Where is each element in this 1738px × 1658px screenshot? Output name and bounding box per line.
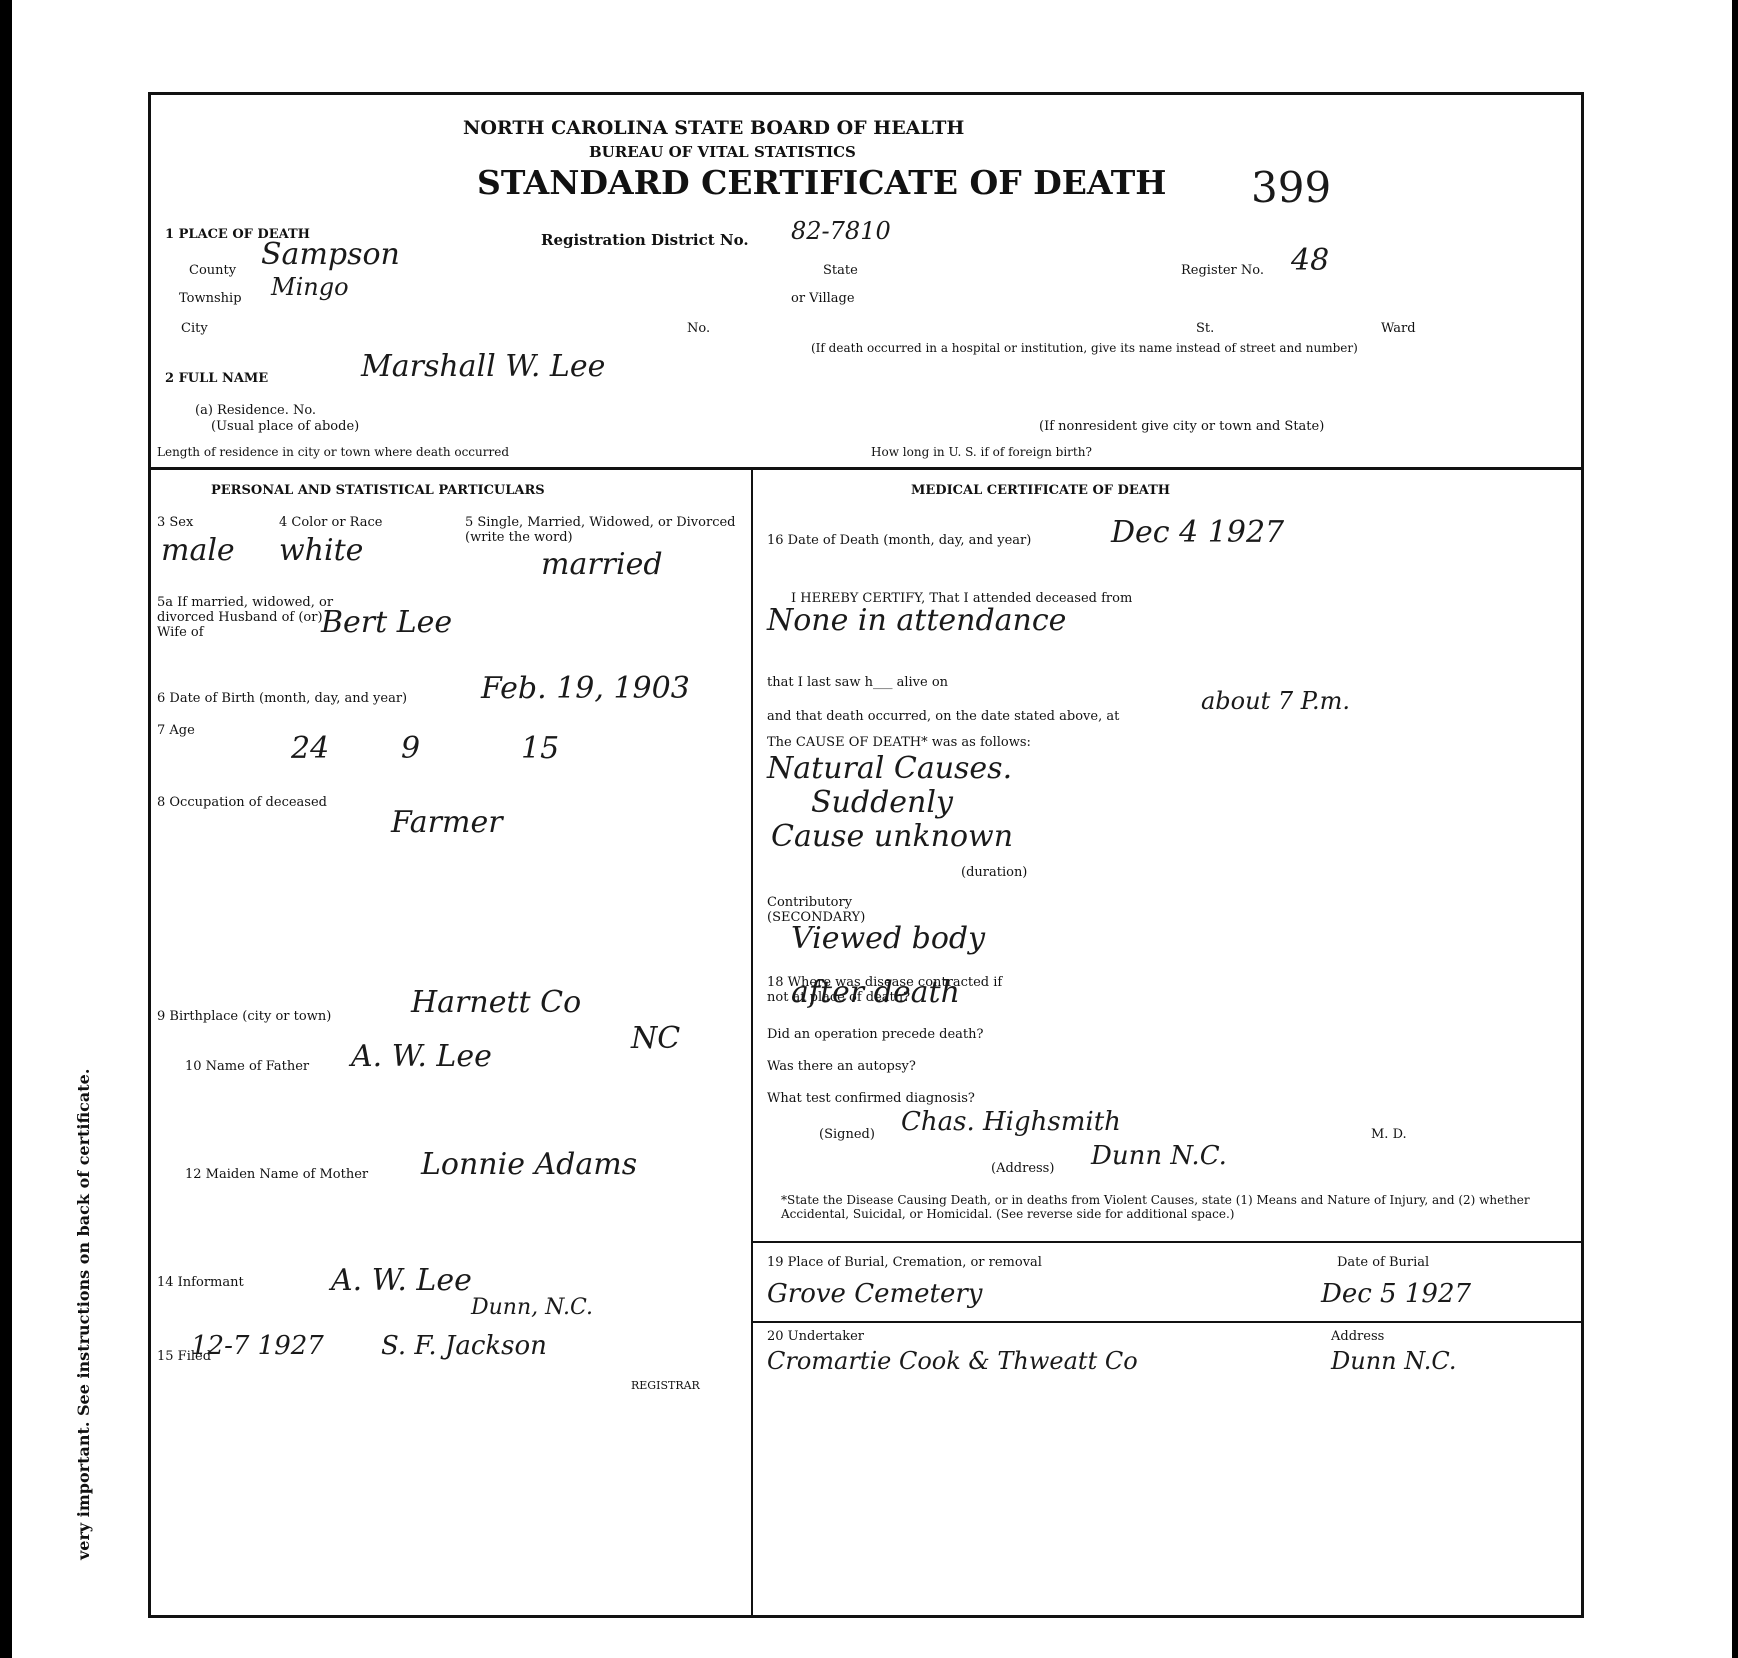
ward-label: Ward [1381, 321, 1416, 336]
certificate: NORTH CAROLINA STATE BOARD OF HEALTH BUR… [148, 92, 1584, 1618]
hospital-note: (If death occurred in a hospital or inst… [811, 341, 1358, 355]
dod-label: 16 Date of Death (month, day, and year) [767, 533, 1031, 548]
mother-value: Lonnie Adams [421, 1147, 637, 1182]
physician-address-label: (Address) [991, 1161, 1054, 1176]
county-value: Sampson [261, 237, 400, 272]
informant-label: 14 Informant [157, 1275, 244, 1290]
registrar-label: REGISTRAR [631, 1379, 700, 1392]
color-value: white [279, 533, 363, 568]
cert-number: 399 [1251, 163, 1331, 212]
signed-label: (Signed) [819, 1127, 875, 1142]
agency: NORTH CAROLINA STATE BOARD OF HEALTH [463, 117, 964, 139]
birthplace-label: 9 Birthplace (city or town) [157, 1009, 331, 1024]
occupation-label: 8 Occupation of deceased [157, 795, 327, 810]
spouse-label: 5a If married, widowed, or divorced Husb… [157, 595, 337, 640]
side-instructions: very important. See instructions on back… [74, 1069, 93, 1560]
state-label: State [823, 263, 858, 278]
burial-date-label: Date of Burial [1337, 1255, 1429, 1270]
district-value: 82-7810 [791, 217, 891, 245]
contributory-value: Viewed body [791, 921, 985, 956]
usual-abode: (Usual place of abode) [211, 419, 359, 434]
registrar-signature: S. F. Jackson [381, 1331, 547, 1361]
medical-section-title: MEDICAL CERTIFICATE OF DEATH [911, 483, 1170, 498]
birth-state: NC [631, 1021, 680, 1056]
cause-line-3: Cause unknown [771, 819, 1013, 854]
undertaker-label: 20 Undertaker [767, 1329, 864, 1344]
time-of-death: about 7 P.m. [1201, 687, 1350, 715]
page-title: STANDARD CERTIFICATE OF DEATH [477, 163, 1166, 202]
spouse-value: Bert Lee [321, 605, 452, 640]
township-label: Township [179, 291, 242, 306]
nonres-note: (If nonresident give city or town and St… [1039, 419, 1324, 434]
occupation-value: Farmer [391, 805, 503, 840]
age-months: 9 [401, 731, 420, 766]
informant-value: A. W. Lee [331, 1263, 472, 1298]
cause-line-1: Natural Causes. [767, 751, 1012, 786]
birthplace-value: Harnett Co [411, 985, 581, 1020]
cause-line-2: Suddenly [811, 785, 953, 820]
no-label: No. [687, 321, 710, 336]
autopsy-label: Was there an autopsy? [767, 1059, 916, 1074]
cause-label: The CAUSE OF DEATH* was as follows: [767, 735, 1031, 750]
district-label: Registration District No. [541, 231, 749, 249]
length-label: Length of residence in city or town wher… [157, 445, 509, 459]
father-label: 10 Name of Father [185, 1059, 309, 1074]
register-value: 48 [1291, 243, 1329, 278]
last-saw-label: that I last saw h___ alive on [767, 675, 948, 690]
residence-label: (a) Residence. No. [195, 403, 316, 418]
after-death-value: after death [791, 975, 960, 1010]
filed-date: 12-7 1927 [191, 1331, 324, 1361]
burial-place: Grove Cemetery [767, 1279, 982, 1309]
bureau: BUREAU OF VITAL STATISTICS [589, 143, 856, 161]
md-label: M. D. [1371, 1127, 1407, 1142]
register-label: Register No. [1181, 263, 1264, 278]
attended-value: None in attendance [767, 603, 1066, 638]
sex-value: male [161, 533, 235, 568]
full-name: Marshall W. Lee [361, 349, 605, 384]
physician-address: Dunn N.C. [1091, 1141, 1227, 1171]
dob-value: Feb. 19, 1903 [481, 671, 690, 706]
us-label: How long in U. S. if of foreign birth? [871, 445, 1092, 459]
color-label: 4 Color or Race [279, 515, 383, 530]
test-label: What test confirmed diagnosis? [767, 1091, 975, 1106]
undertaker-address: Dunn N.C. [1331, 1347, 1456, 1375]
mother-label: 12 Maiden Name of Mother [185, 1167, 368, 1182]
burial-date: Dec 5 1927 [1321, 1279, 1471, 1309]
st-label: St. [1196, 321, 1214, 336]
operation-label: Did an operation precede death? [767, 1027, 984, 1042]
personal-section-title: PERSONAL AND STATISTICAL PARTICULARS [211, 483, 545, 498]
age-years: 24 [291, 731, 329, 766]
village-label: or Village [791, 291, 855, 306]
age-days: 15 [521, 731, 559, 766]
township-value: Mingo [271, 273, 349, 301]
name-label: 2 FULL NAME [165, 371, 268, 386]
age-label: 7 Age [157, 723, 195, 738]
dod-value: Dec 4 1927 [1111, 515, 1284, 550]
burial-label: 19 Place of Burial, Cremation, or remova… [767, 1255, 1042, 1270]
county-label: County [189, 263, 236, 278]
death-occurred-label: and that death occurred, on the date sta… [767, 709, 1119, 724]
informant-address: Dunn, N.C. [471, 1295, 593, 1320]
city-label: City [181, 321, 208, 336]
marital-value: married [541, 547, 663, 582]
duration-label: (duration) [961, 865, 1027, 880]
sex-label: 3 Sex [157, 515, 193, 530]
undertaker-value: Cromartie Cook & Thweatt Co [767, 1347, 1138, 1375]
father-value: A. W. Lee [351, 1039, 492, 1074]
marital-label: 5 Single, Married, Widowed, or Divorced … [465, 515, 745, 545]
physician-signature: Chas. Highsmith [901, 1107, 1121, 1137]
undertaker-address-label: Address [1331, 1329, 1384, 1344]
dob-label: 6 Date of Birth (month, day, and year) [157, 691, 407, 706]
cause-footnote: *State the Disease Causing Death, or in … [781, 1193, 1571, 1221]
